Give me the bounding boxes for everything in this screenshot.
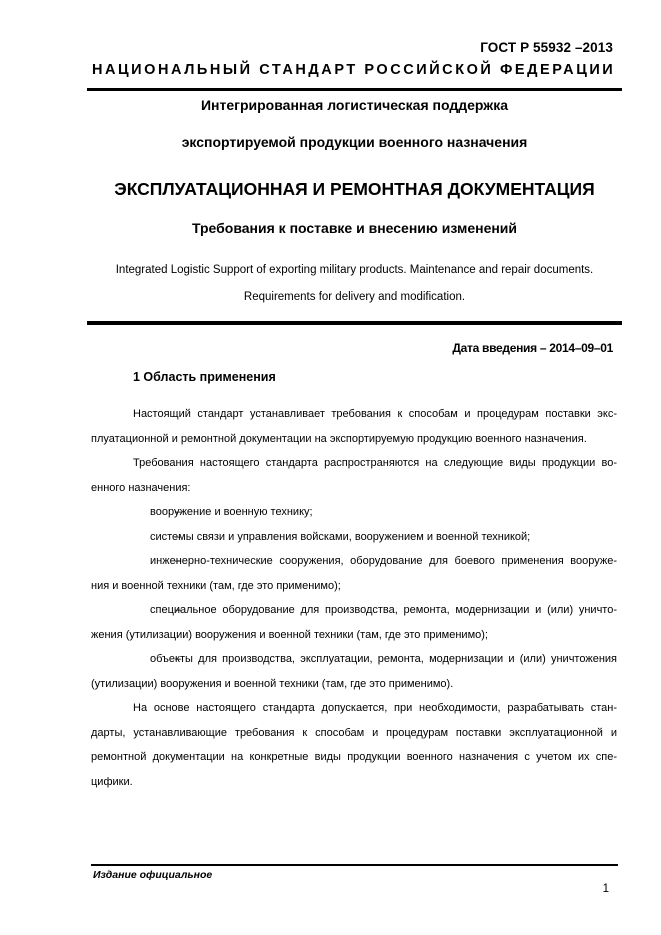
- list-item-continuation: ния и военной техники (там, где это прим…: [91, 574, 617, 599]
- document-subtitle: Требования к поставке и внесению изменен…: [87, 220, 622, 236]
- paragraph-2-line-2: енного назначения:: [91, 476, 617, 501]
- english-title-line-2: Requirements for delivery and modificati…: [87, 291, 622, 303]
- footer-divider: [91, 864, 618, 866]
- list-item-continuation: (утилизации) вооружения и военной техник…: [91, 672, 617, 697]
- dash-bullet: –: [133, 525, 150, 550]
- paragraph-3-line-1: На основе настоящего стандарта допускает…: [91, 696, 617, 721]
- standard-number: ГОСТ Р 55932 –2013: [480, 40, 613, 55]
- section-heading: 1 Область применения: [133, 370, 276, 384]
- paragraph-1-line-2: плуатационной и ремонтной документации н…: [91, 427, 617, 452]
- list-item-continuation: жения (утилизации) вооружения и военной …: [91, 623, 617, 648]
- dash-bullet: –: [133, 647, 150, 672]
- paragraph-3-line-2: дарты, устанавливающие требования к спос…: [91, 721, 617, 746]
- list-item: –объекты для производства, эксплуатации,…: [91, 647, 617, 672]
- title-divider: [87, 321, 622, 325]
- official-edition-label: Издание официальное: [93, 869, 212, 881]
- document-main-title: ЭКСПЛУАТАЦИОННАЯ И РЕМОНТНАЯ ДОКУМЕНТАЦИ…: [87, 179, 622, 200]
- dash-bullet: –: [133, 598, 150, 623]
- dash-bullet: –: [133, 549, 150, 574]
- national-standard-heading: НАЦИОНАЛЬНЫЙ СТАНДАРТ РОССИЙСКОЙ ФЕДЕРАЦ…: [92, 62, 615, 78]
- title-line-1: Интегрированная логистическая поддержка: [87, 97, 622, 113]
- list-item: –вооружение и военную технику;: [91, 500, 617, 525]
- list-item: –инженерно-технические сооружения, обору…: [91, 549, 617, 574]
- list-item: –специальное оборудование для производст…: [91, 598, 617, 623]
- english-title-line-1: Integrated Logistic Support of exporting…: [87, 264, 622, 276]
- paragraph-2-line-1: Требования настоящего стандарта распрост…: [91, 451, 617, 476]
- page-number: 1: [603, 883, 609, 895]
- list-item: –системы связи и управления войсками, во…: [91, 525, 617, 550]
- introduction-date: Дата введения – 2014–09–01: [452, 341, 613, 355]
- title-line-2: экспортируемой продукции военного назнач…: [87, 134, 622, 150]
- paragraph-1-line-1: Настоящий стандарт устанавливает требова…: [91, 402, 617, 427]
- paragraph-3-line-4: цифики.: [91, 770, 617, 795]
- top-divider: [87, 88, 622, 91]
- dash-bullet: –: [133, 500, 150, 525]
- paragraph-1: Настоящий стандарт устанавливает требова…: [91, 402, 617, 794]
- paragraph-3-line-3: ремонтной документации на конкретные вид…: [91, 745, 617, 770]
